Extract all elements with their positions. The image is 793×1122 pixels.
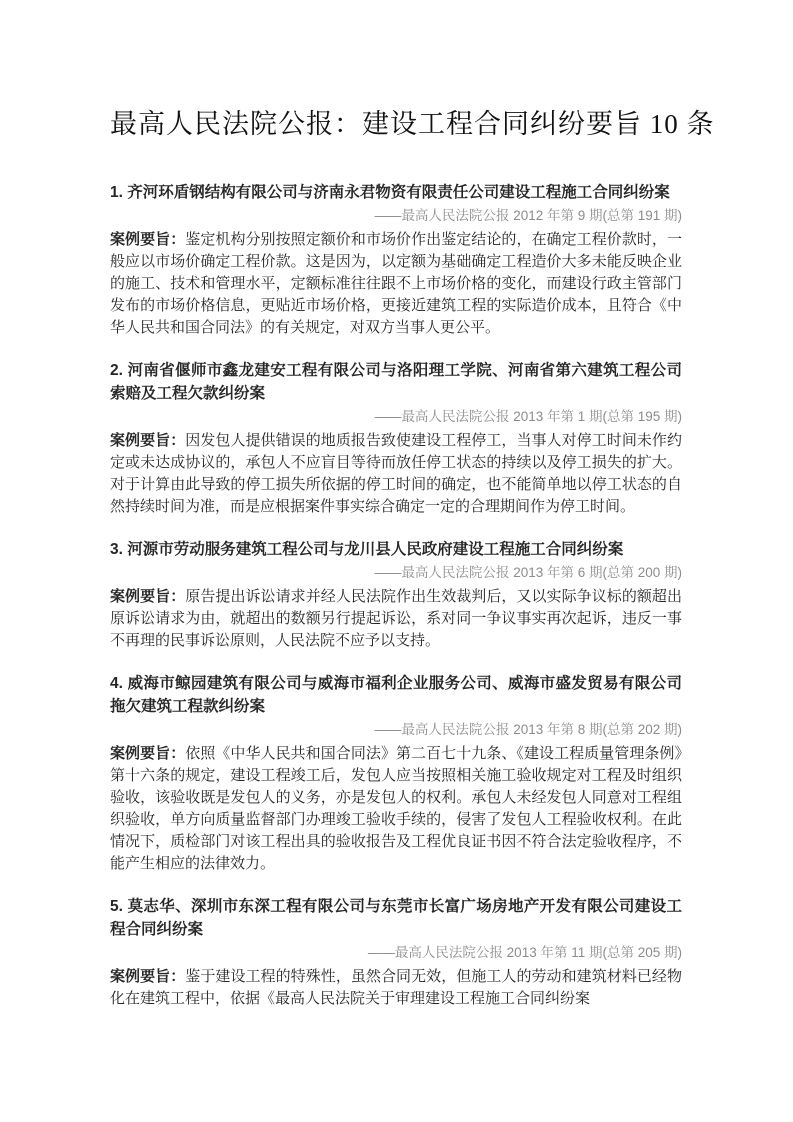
case-source: ——最高人民法院公报 2013 年第 8 期(总第 202 期): [110, 720, 682, 739]
document-page: 最高人民法院公报：建设工程合同纠纷要旨 10 条 1. 齐河环盾钢结构有限公司与…: [0, 0, 793, 1122]
case-summary-text: 鉴于建设工程的特殊性，虽然合同无效，但施工人的劳动和建筑材料已经物化在建筑工程中…: [110, 968, 682, 1007]
case-summary: 案例要旨：依照《中华人民共和国合同法》第二百七十九条、《建设工程质量管理条例》第…: [110, 743, 682, 875]
case-section: 4. 威海市鲸园建筑有限公司与威海市福利企业服务公司、威海市盛发贸易有限公司拖欠…: [110, 672, 682, 875]
case-summary-label: 案例要旨：: [110, 432, 185, 449]
case-summary-text: 因发包人提供错误的地质报告致使建设工程停工，当事人对停工时间未作约定或未达成协议…: [110, 432, 682, 515]
case-summary-text: 依照《中华人民共和国合同法》第二百七十九条、《建设工程质量管理条例》第十六条的规…: [110, 745, 682, 872]
case-heading: 2. 河南省偃师市鑫龙建安工程有限公司与洛阳理工学院、河南省第六建筑工程公司索赔…: [110, 359, 682, 405]
case-summary-text: 鉴定机构分别按照定额价和市场价作出鉴定结论的，在确定工程价款时，一般应以市场价确…: [110, 231, 682, 336]
case-summary-label: 案例要旨：: [110, 588, 185, 605]
case-section: 2. 河南省偃师市鑫龙建安工程有限公司与洛阳理工学院、河南省第六建筑工程公司索赔…: [110, 359, 682, 518]
case-source: ——最高人民法院公报 2013 年第 11 期(总第 205 期): [110, 943, 682, 962]
case-summary: 案例要旨：鉴于建设工程的特殊性，虽然合同无效，但施工人的劳动和建筑材料已经物化在…: [110, 966, 682, 1010]
document-title: 最高人民法院公报：建设工程合同纠纷要旨 10 条: [110, 102, 682, 141]
case-heading: 3. 河源市劳动服务建筑工程公司与龙川县人民政府建设工程施工合同纠纷案: [110, 538, 682, 561]
case-heading: 1. 齐河环盾钢结构有限公司与济南永君物资有限责任公司建设工程施工合同纠纷案: [110, 181, 682, 204]
case-section: 3. 河源市劳动服务建筑工程公司与龙川县人民政府建设工程施工合同纠纷案 ——最高…: [110, 538, 682, 652]
case-summary: 案例要旨：因发包人提供错误的地质报告致使建设工程停工，当事人对停工时间未作约定或…: [110, 430, 682, 518]
case-heading: 5. 莫志华、深圳市东深工程有限公司与东莞市长富广场房地产开发有限公司建设工程合…: [110, 895, 682, 941]
case-section: 5. 莫志华、深圳市东深工程有限公司与东莞市长富广场房地产开发有限公司建设工程合…: [110, 895, 682, 1010]
case-section: 1. 齐河环盾钢结构有限公司与济南永君物资有限责任公司建设工程施工合同纠纷案 —…: [110, 181, 682, 339]
case-summary-label: 案例要旨：: [110, 231, 185, 248]
case-heading: 4. 威海市鲸园建筑有限公司与威海市福利企业服务公司、威海市盛发贸易有限公司拖欠…: [110, 672, 682, 718]
case-summary-label: 案例要旨：: [110, 968, 185, 985]
case-source: ——最高人民法院公报 2012 年第 9 期(总第 191 期): [110, 206, 682, 225]
case-summary: 案例要旨：原告提出诉讼请求并经人民法院作出生效裁判后，又以实际争议标的额超出原诉…: [110, 586, 682, 652]
case-list: 1. 齐河环盾钢结构有限公司与济南永君物资有限责任公司建设工程施工合同纠纷案 —…: [110, 181, 682, 1010]
case-source: ——最高人民法院公报 2013 年第 6 期(总第 200 期): [110, 563, 682, 582]
case-summary-label: 案例要旨：: [110, 745, 185, 762]
case-summary: 案例要旨：鉴定机构分别按照定额价和市场价作出鉴定结论的，在确定工程价款时，一般应…: [110, 229, 682, 339]
case-source: ——最高人民法院公报 2013 年第 1 期(总第 195 期): [110, 407, 682, 426]
case-summary-text: 原告提出诉讼请求并经人民法院作出生效裁判后，又以实际争议标的额超出原诉讼请求为由…: [110, 588, 682, 649]
document-content: 最高人民法院公报：建设工程合同纠纷要旨 10 条 1. 齐河环盾钢结构有限公司与…: [0, 0, 793, 1010]
